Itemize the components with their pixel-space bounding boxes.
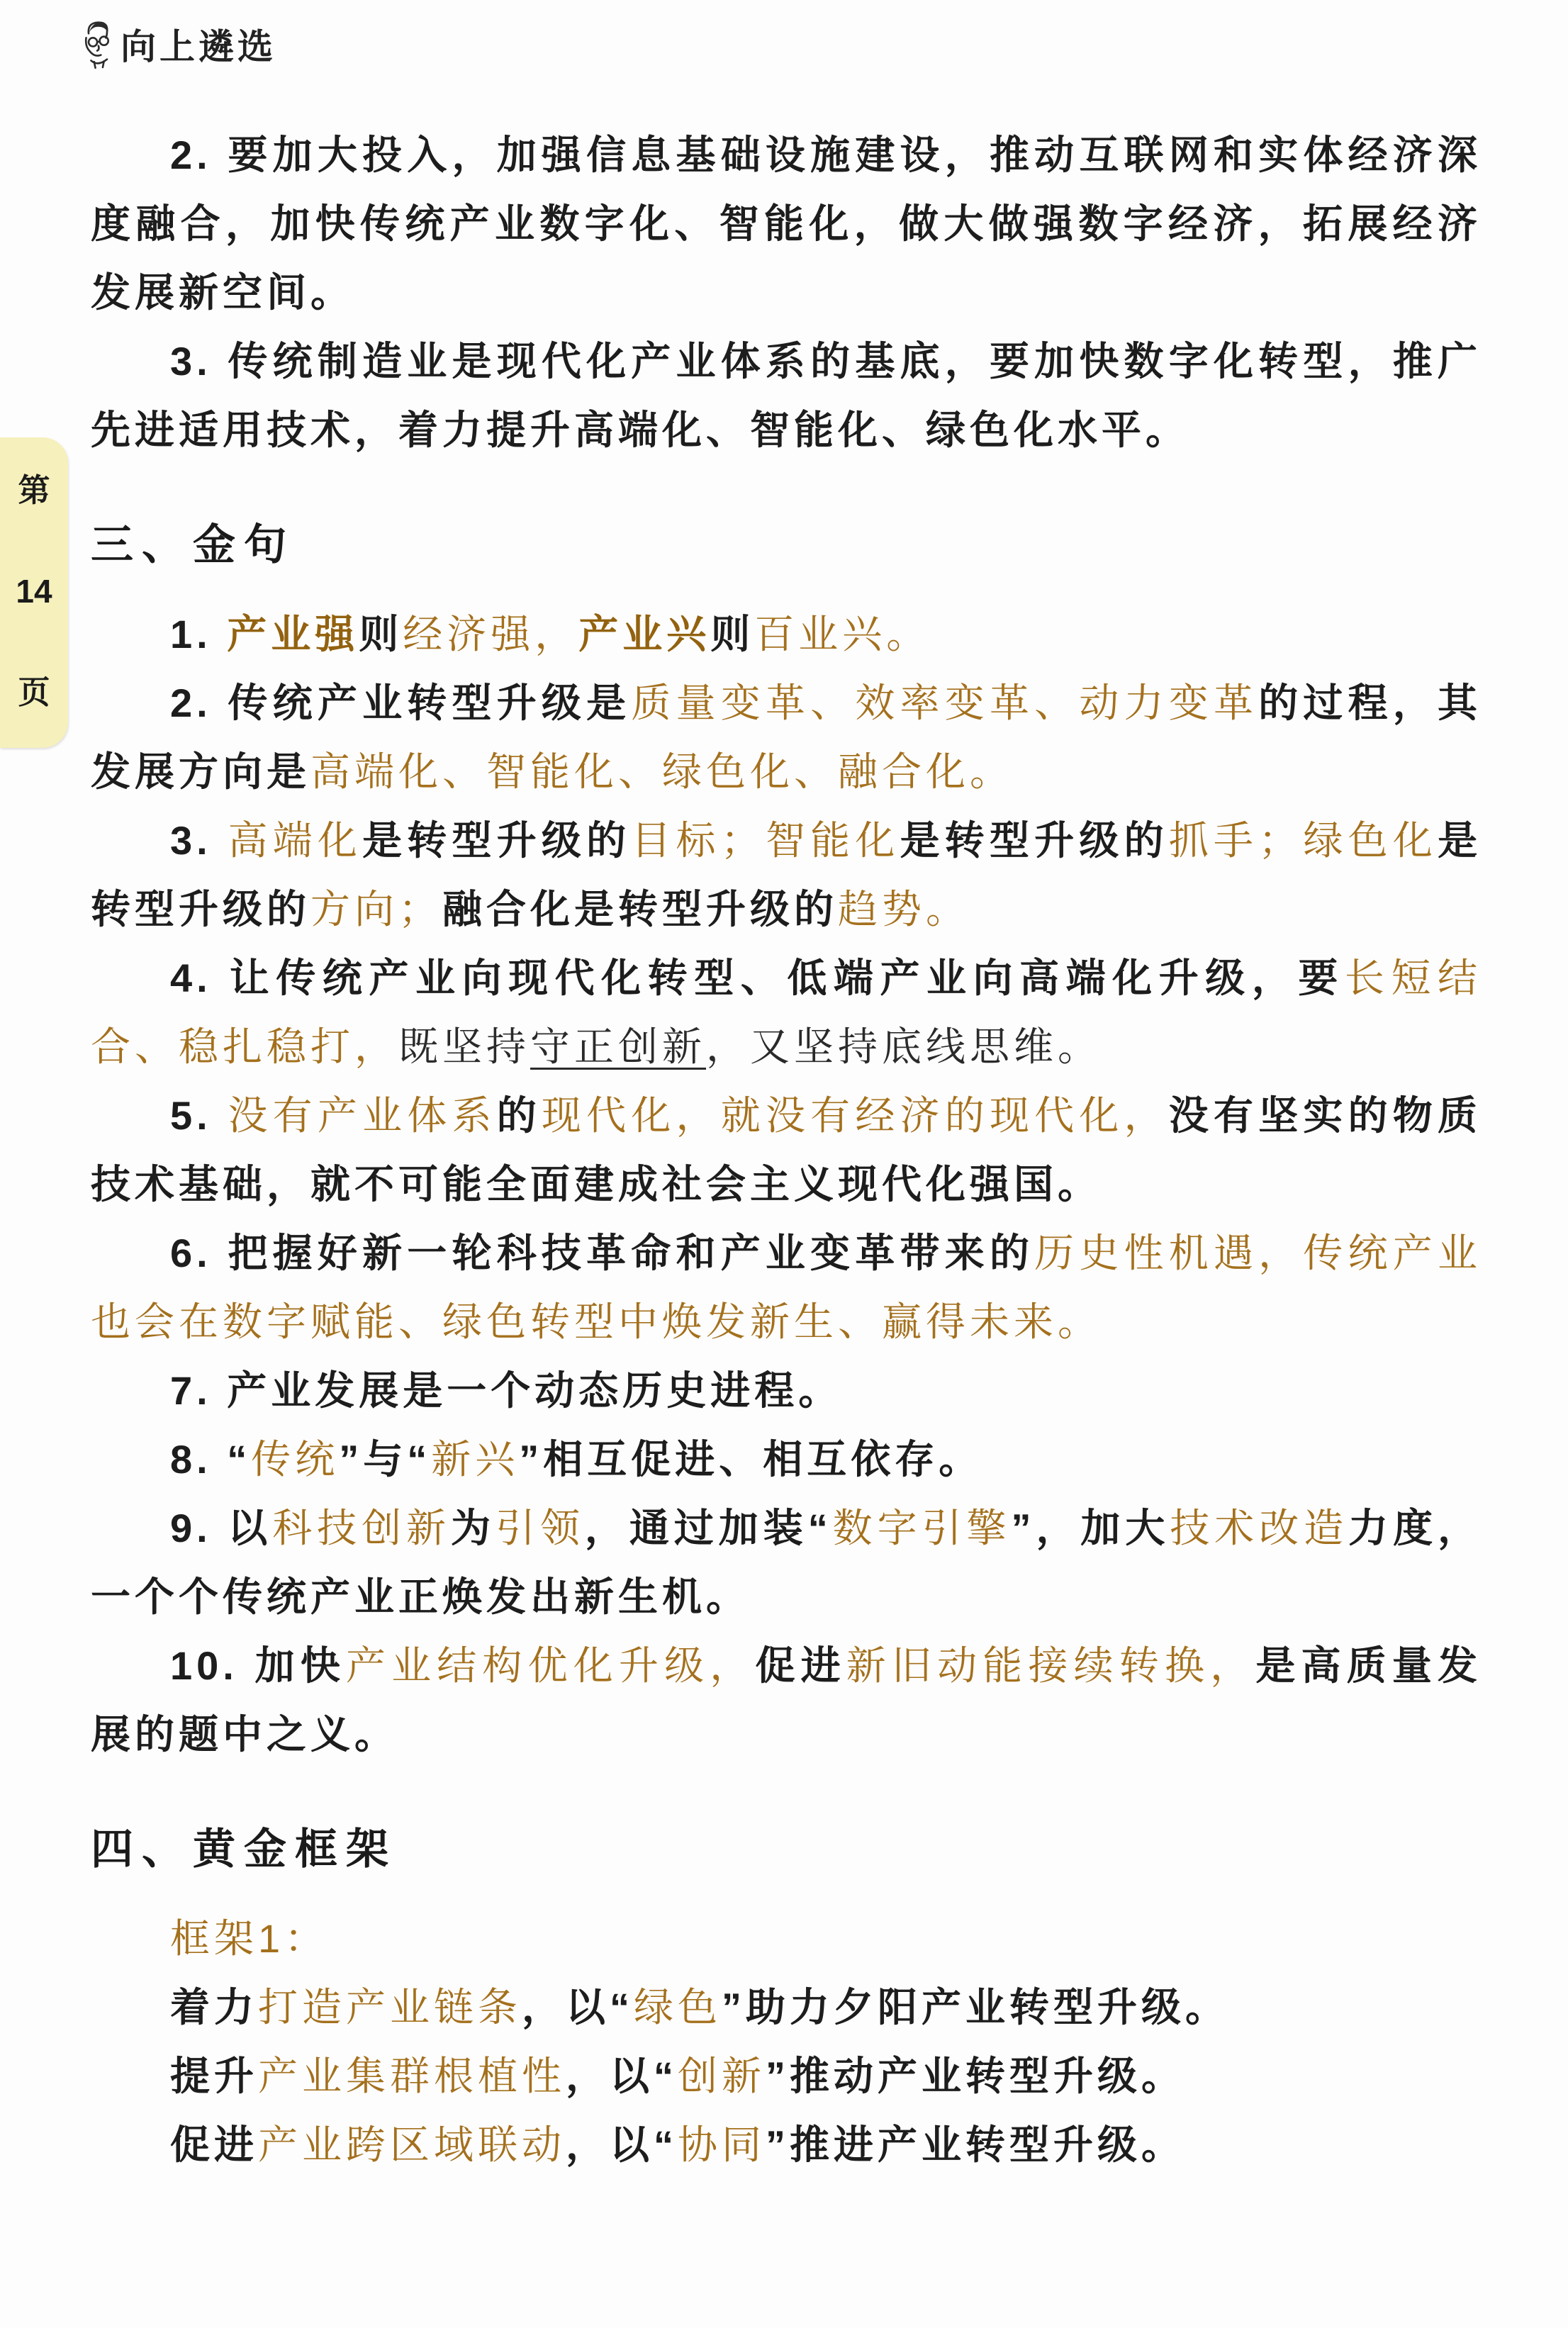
text-segment: 绿色化 — [1302, 818, 1438, 863]
text-segment: 科技创新 — [272, 1506, 451, 1550]
text-segment: 2. 传统产业转型升级是 — [170, 681, 631, 725]
text-segment: 是转型升级的 — [900, 818, 1169, 863]
content-blocks: 2. 要加大投入，加强信息基础设施建设，推动互联网和实体经济深度融合，加快传统产… — [91, 121, 1482, 2179]
text-segment: 的 — [497, 1093, 542, 1138]
text-segment: 百业兴。 — [754, 612, 930, 656]
text-segment: 8. “ — [170, 1437, 251, 1482]
brand-header: 向上遴选 — [79, 18, 276, 69]
text-segment: 绿色 — [634, 1985, 722, 2030]
text-segment: 促进 — [755, 1643, 846, 1688]
text-segment: 3. 传统制造业是现代化产业体系的基底，要加快数字化转型，推广先进适用技术，着力… — [91, 339, 1482, 452]
paragraph: 2. 传统产业转型升级是质量变革、效率变革、动力变革的过程，其发展方向是高端化、… — [91, 668, 1482, 806]
text-segment: 5. — [170, 1093, 228, 1138]
text-segment: 打造产业链条 — [258, 1985, 522, 2030]
paragraph: 5. 没有产业体系的现代化，就没有经济的现代化，没有坚实的物质技术基础，就不可能… — [91, 1081, 1482, 1219]
text-segment: 传统 — [251, 1437, 339, 1482]
text-segment: 守正创新 — [530, 1024, 706, 1069]
scholar-face-icon — [79, 18, 116, 69]
text-segment: 7. 产业发展是一个动态历史进程。 — [170, 1368, 842, 1413]
brand-title: 向上遴选 — [121, 18, 276, 69]
text-segment: 质量变革、效率变革、动力变革 — [631, 681, 1258, 725]
text-segment: 产业跨区域联动 — [258, 2122, 566, 2167]
text-segment: 6. 把握好新一轮科技革命和产业变革带来的 — [170, 1231, 1034, 1275]
text-segment: ，以“ — [522, 1985, 634, 2030]
frame-line: 促进产业跨区域联动，以“协同”推进产业转型升级。 — [170, 2110, 1482, 2179]
text-segment: 产业强 — [227, 612, 359, 656]
text-segment: 则 — [359, 612, 403, 656]
text-segment: 则 — [710, 612, 754, 656]
text-segment: 融合化是转型升级的 — [442, 887, 838, 931]
text-segment: 数字引擎 — [832, 1506, 1012, 1550]
text-segment: ”推动产业转型升级。 — [766, 2054, 1185, 2098]
section-heading: 三、金句 — [91, 517, 1482, 573]
text-segment: 高端化 — [228, 818, 362, 863]
text-segment: 1. — [170, 612, 227, 656]
text-segment: ”，加大 — [1012, 1506, 1170, 1550]
text-segment: 9. 以 — [170, 1506, 272, 1550]
text-segment: 抓手； — [1169, 818, 1302, 863]
text-segment: 产业集群根植性 — [258, 2054, 566, 2098]
text-segment: 促进 — [170, 2122, 258, 2167]
text-segment: 为 — [451, 1506, 495, 1550]
text-segment: 没有产业体系 — [228, 1093, 496, 1138]
page-number-tab: 第 14 页 — [0, 437, 68, 748]
text-segment: 2. 要加大投入，加强信息基础设施建设，推动互联网和实体经济深度融合，加快传统产… — [91, 133, 1482, 315]
text-segment: 趋势。 — [838, 887, 970, 931]
text-segment: 产业结构优化升级， — [346, 1643, 756, 1688]
text-segment: 4. 让传统产业向现代化转型、低端产业向高端化升级，要 — [170, 956, 1345, 1000]
frame-line: 提升产业集群根植性，以“创新”推动产业转型升级。 — [170, 2042, 1482, 2110]
text-segment: 引领 — [495, 1506, 585, 1550]
text-segment: 是转型升级的 — [362, 818, 631, 863]
frame-line: 框架1： — [170, 1904, 1482, 1973]
paragraph: 4. 让传统产业向现代化转型、低端产业向高端化升级，要长短结合、稳扎稳打，既坚持… — [91, 944, 1482, 1081]
section-heading: 四、黄金框架 — [91, 1822, 1482, 1877]
text-segment: ，以“ — [566, 2122, 678, 2167]
text-segment: 方向； — [310, 887, 442, 931]
text-segment: 3. — [170, 818, 228, 863]
page-tab-prefix: 第 — [18, 474, 50, 506]
paragraph: 7. 产业发展是一个动态历史进程。 — [91, 1356, 1482, 1425]
text-segment: 着力 — [170, 1985, 258, 2030]
text-segment: ，以“ — [566, 2054, 678, 2098]
text-segment: 现代化，就没有经济的现代化， — [542, 1093, 1169, 1138]
paragraph: 9. 以科技创新为引领，通过加装“数字引擎”，加大技术改造力度，一个个传统产业正… — [91, 1494, 1482, 1631]
text-segment: ”推进产业转型升级。 — [766, 2122, 1185, 2167]
text-segment: 新兴 — [431, 1437, 519, 1482]
paragraph: 8. “传统”与“新兴”相互促进、相互依存。 — [91, 1425, 1482, 1494]
paragraph: 1. 产业强则经济强，产业兴则百业兴。 — [91, 600, 1482, 668]
paragraph: 2. 要加大投入，加强信息基础设施建设，推动互联网和实体经济深度融合，加快传统产… — [91, 121, 1482, 327]
text-segment: ，又坚持底线思维。 — [706, 1024, 1102, 1069]
text-segment: 新旧动能接续转换， — [846, 1643, 1256, 1688]
text-segment: ”与“ — [339, 1437, 431, 1482]
text-segment: 框架1： — [170, 1916, 328, 1961]
text-segment: ”助力夕阳产业转型升级。 — [722, 1985, 1229, 2030]
text-segment: 既坚持 — [398, 1024, 530, 1069]
paragraph: 3. 传统制造业是现代化产业体系的基底，要加快数字化转型，推广先进适用技术，着力… — [91, 327, 1482, 464]
text-segment: 产业兴 — [578, 612, 710, 656]
paragraph: 3. 高端化是转型升级的目标；智能化是转型升级的抓手；绿色化是转型升级的方向；融… — [91, 806, 1482, 944]
text-segment: 高端化、智能化、绿色化、融合化。 — [310, 749, 1014, 794]
paragraph: 10. 加快产业结构优化升级，促进新旧动能接续转换，是高质量发展的题中之义。 — [91, 1631, 1482, 1769]
text-segment: 协同 — [678, 2122, 766, 2167]
text-segment: 经济强， — [403, 612, 578, 656]
frame-line: 着力打造产业链条，以“绿色”助力夕阳产业转型升级。 — [170, 1973, 1482, 2042]
text-segment: 目标； — [631, 818, 764, 863]
text-segment: ”相互促进、相互依存。 — [519, 1437, 982, 1482]
text-segment: 技术改造 — [1170, 1506, 1348, 1550]
page-tab-number: 14 — [16, 575, 52, 608]
page-tab-suffix: 页 — [18, 676, 50, 708]
text-segment: 智能化 — [765, 818, 900, 863]
paragraph: 6. 把握好新一轮科技革命和产业变革带来的历史性机遇，传统产业也会在数字赋能、绿… — [91, 1219, 1482, 1356]
text-segment: ，通过加装“ — [585, 1506, 832, 1550]
text-segment: 提升 — [170, 2054, 258, 2098]
text-segment: 10. 加快 — [170, 1643, 346, 1688]
text-segment: 创新 — [678, 2054, 766, 2098]
